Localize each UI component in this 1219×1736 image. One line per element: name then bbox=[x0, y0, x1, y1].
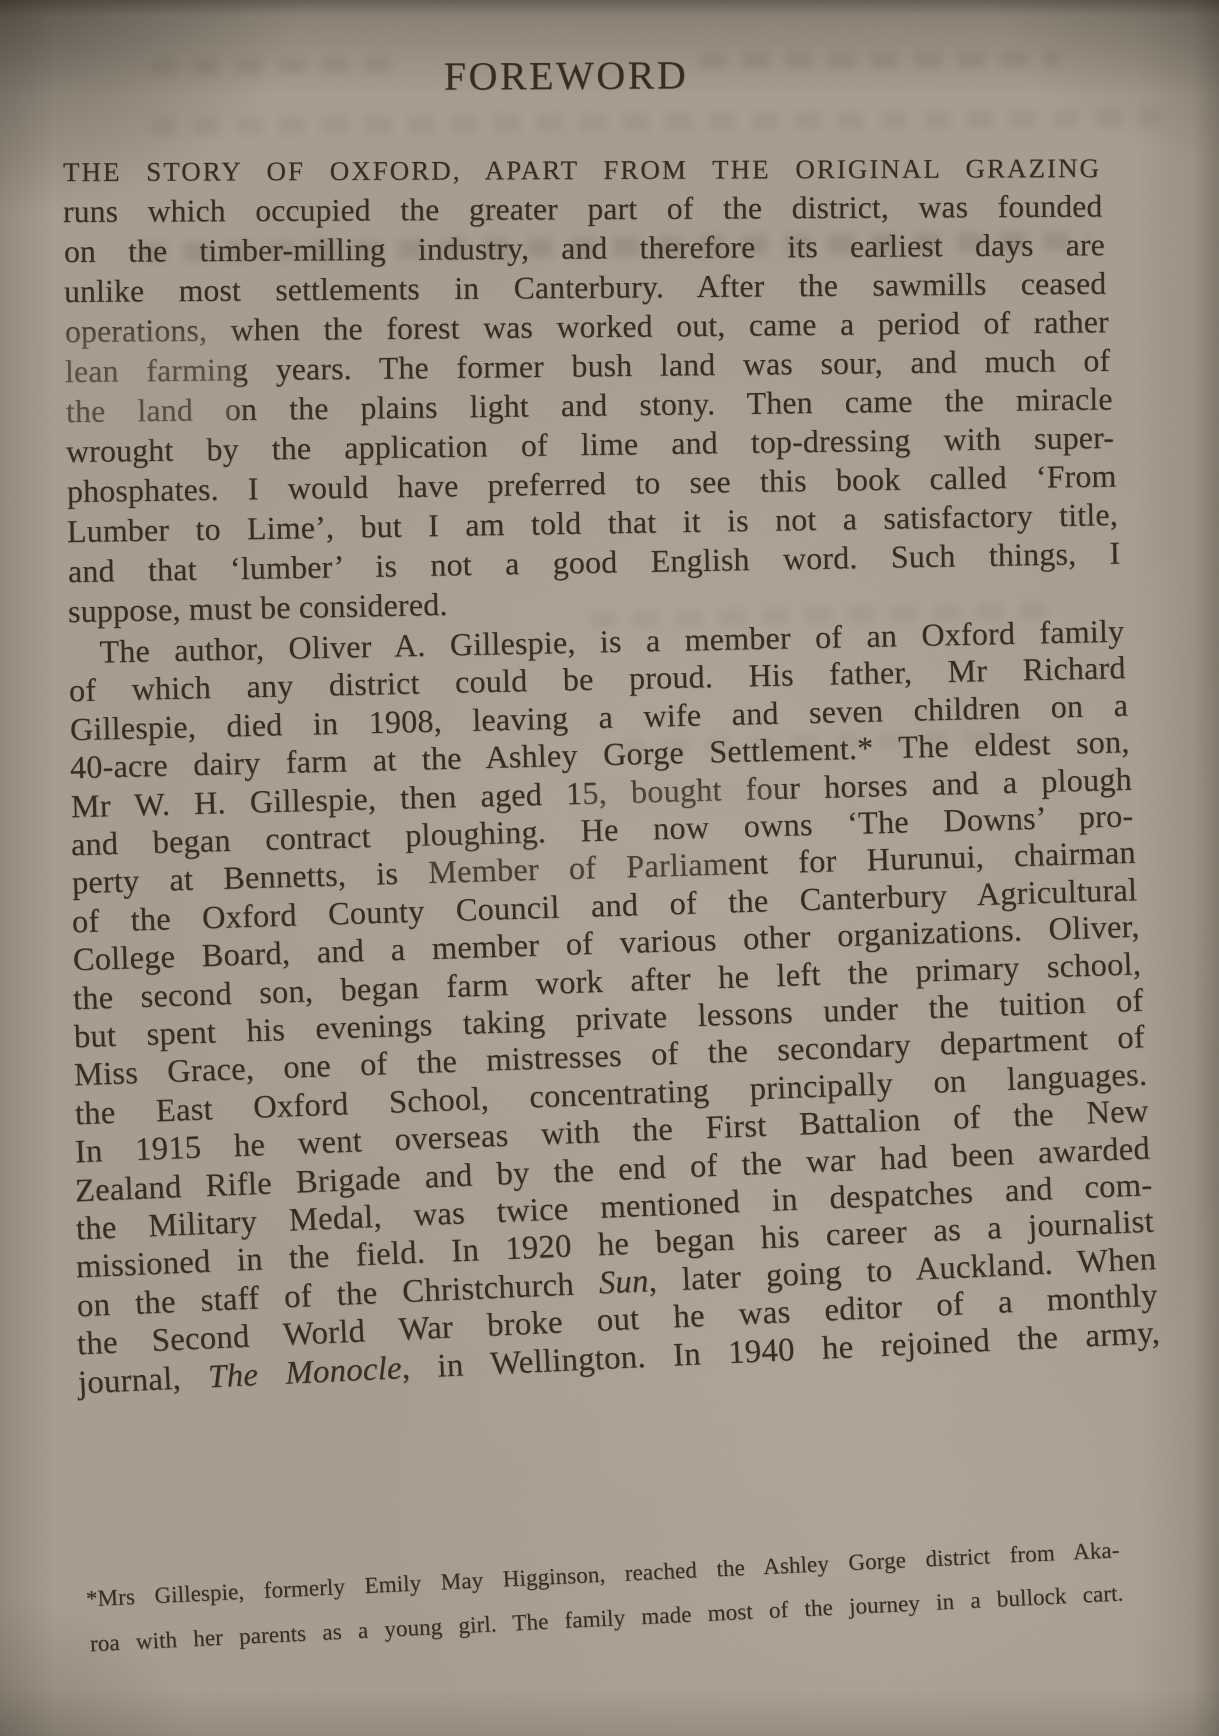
text-segment: journal, bbox=[77, 1358, 209, 1401]
text-line: THE STORY OF OXFORD, APART FROM THE ORIG… bbox=[63, 149, 1101, 192]
page-title: FOREWORD bbox=[66, 47, 1066, 104]
text-segment: unlike most settlements in Canterbury. A… bbox=[64, 266, 1107, 309]
faded-ink-patch bbox=[415, 846, 735, 882]
text-segment: on the timber-milling industry, and ther… bbox=[64, 227, 1105, 269]
faded-ink-patch bbox=[580, 782, 780, 820]
text-line: runs which occupied the greater part of … bbox=[63, 188, 1103, 232]
text-segment: runs which occupied the greater part of … bbox=[63, 189, 1103, 229]
italic-text-segment: The Monocle bbox=[207, 1349, 402, 1395]
text-segment: suppose, must be considered. bbox=[68, 587, 448, 630]
faded-ink-patch bbox=[52, 328, 237, 438]
book-page-photo: FOREWORD THE STORY OF OXFORD, APART FROM… bbox=[0, 0, 1219, 1736]
italic-text-segment: Sun bbox=[598, 1262, 649, 1301]
text-segment: THE STORY OF OXFORD, APART FROM THE ORIG… bbox=[63, 153, 1101, 187]
